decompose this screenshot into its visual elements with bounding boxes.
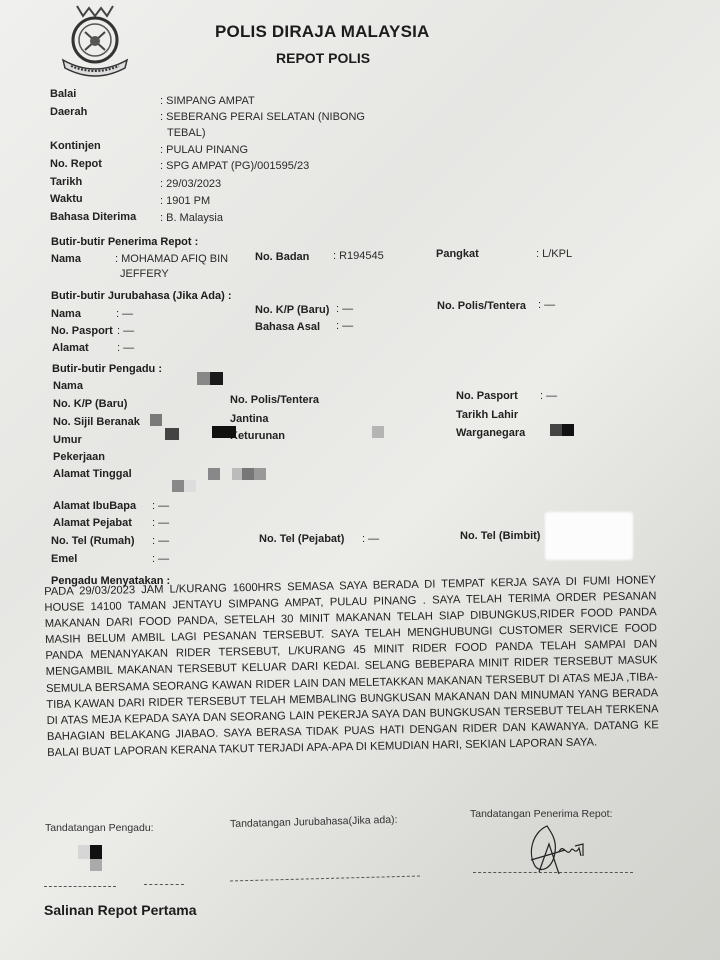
label-tarikh: Tarikh <box>50 176 82 188</box>
interpreter-police-label: No. Polis/Tentera <box>437 300 526 312</box>
receiver-signature-icon <box>525 822 595 877</box>
agency-title: POLIS DIRAJA MALAYSIA <box>215 22 430 42</box>
value-daerah: : SEBERANG PERAI SELATAN (NIBONG <box>160 111 365 123</box>
label-daerah: Daerah <box>50 106 87 118</box>
label-kontinjen: Kontinjen <box>50 140 101 152</box>
complainant-race-label: Keturunan <box>230 430 285 442</box>
complainant-home-tel-value: : — <box>152 535 169 547</box>
receiver-name-cont: JEFFERY <box>120 268 169 280</box>
interpreter-lang-value: : — <box>336 320 353 332</box>
complainant-home-tel-label: No. Tel (Rumah) <box>51 535 135 547</box>
interpreter-kp-label: No. K/P (Baru) <box>255 304 329 316</box>
interpreter-passport-label: No. Pasport <box>51 325 113 337</box>
receiver-heading: Butir-butir Penerima Repot : <box>51 236 198 248</box>
interpreter-heading: Butir-butir Jurubahasa (Jika Ada) : <box>51 290 232 302</box>
complainant-signature-label: Tandatangan Pengadu: <box>45 822 154 834</box>
interpreter-kp-value: : — <box>336 303 353 315</box>
complainant-kp-label: No. K/P (Baru) <box>53 398 127 410</box>
interpreter-signature-label: Tandatangan Jurubahasa(Jika ada): <box>230 814 398 830</box>
receiver-badge-value: : R194545 <box>333 250 384 262</box>
complainant-parent-address-label: Alamat IbuBapa <box>53 500 136 512</box>
label-no-repot: No. Repot <box>50 158 102 170</box>
complainant-passport-value: : — <box>540 390 557 402</box>
complainant-job-label: Pekerjaan <box>53 451 105 463</box>
label-balai: Balai <box>50 88 76 100</box>
value-no-repot: : SPG AMPAT (PG)/001595/23 <box>160 160 309 172</box>
polis-crest-icon <box>55 2 135 80</box>
complainant-dob-label: Tarikh Lahir <box>456 409 518 421</box>
interpreter-name-value: : — <box>116 308 133 320</box>
complainant-age-label: Umur <box>53 434 82 446</box>
complainant-address-label: Alamat Tinggal <box>53 468 132 480</box>
receiver-signature-label: Tandatangan Penerima Repot: <box>470 808 612 820</box>
interpreter-signature-line <box>230 876 420 882</box>
value-waktu: : 1901 PM <box>160 195 210 207</box>
complainant-office-tel-value: : — <box>362 533 379 545</box>
label-bahasa: Bahasa Diterima <box>50 211 136 223</box>
complainant-office-address-label: Alamat Pejabat <box>53 517 132 529</box>
interpreter-passport-value: : — <box>117 325 134 337</box>
footer-copy-label: Salinan Repot Pertama <box>44 902 197 918</box>
value-tarikh: : 29/03/2023 <box>160 178 221 190</box>
redacted-mobile-number <box>545 512 633 560</box>
complainant-signature-line-2 <box>144 884 184 885</box>
document-title: REPOT POLIS <box>276 50 370 66</box>
interpreter-address-label: Alamat <box>52 342 89 354</box>
complainant-mobile-label: No. Tel (Bimbit) <box>460 530 540 542</box>
complainant-police-label: No. Polis/Tentera <box>230 394 319 406</box>
label-waktu: Waktu <box>50 193 83 205</box>
complainant-email-label: Emel <box>51 553 77 565</box>
value-daerah-cont: TEBAL) <box>167 127 206 139</box>
complainant-office-tel-label: No. Tel (Pejabat) <box>259 533 344 545</box>
value-balai: : SIMPANG AMPAT <box>160 95 255 107</box>
interpreter-lang-label: Bahasa Asal <box>255 321 320 333</box>
value-bahasa: : B. Malaysia <box>160 212 223 224</box>
receiver-name-value: : MOHAMAD AFIQ BIN <box>115 253 228 265</box>
complainant-name-label: Nama <box>53 380 83 392</box>
complainant-parent-address-value: : — <box>152 500 169 512</box>
complainant-passport-label: No. Pasport <box>456 390 518 402</box>
complainant-signature-line <box>44 886 116 887</box>
complainant-heading: Butir-butir Pengadu : <box>52 363 162 375</box>
complainant-citizenship-label: Warganegara <box>456 427 525 439</box>
complainant-office-address-value: : — <box>152 517 169 529</box>
complainant-email-value: : — <box>152 553 169 565</box>
complainant-gender-label: Jantina <box>230 413 269 425</box>
complainant-birthcert-label: No. Sijil Beranak <box>53 416 140 428</box>
receiver-rank-label: Pangkat <box>436 248 479 260</box>
receiver-badge-label: No. Badan <box>255 251 309 263</box>
statement-text: PADA 29/03/2023 JAM L/KURANG 1600HRS SEM… <box>44 572 659 761</box>
receiver-rank-value: : L/KPL <box>536 248 572 260</box>
interpreter-police-value: : — <box>538 299 555 311</box>
interpreter-name-label: Nama <box>51 308 81 320</box>
receiver-name-label: Nama <box>51 253 81 265</box>
value-kontinjen: : PULAU PINANG <box>160 144 248 156</box>
interpreter-address-value: : — <box>117 342 134 354</box>
